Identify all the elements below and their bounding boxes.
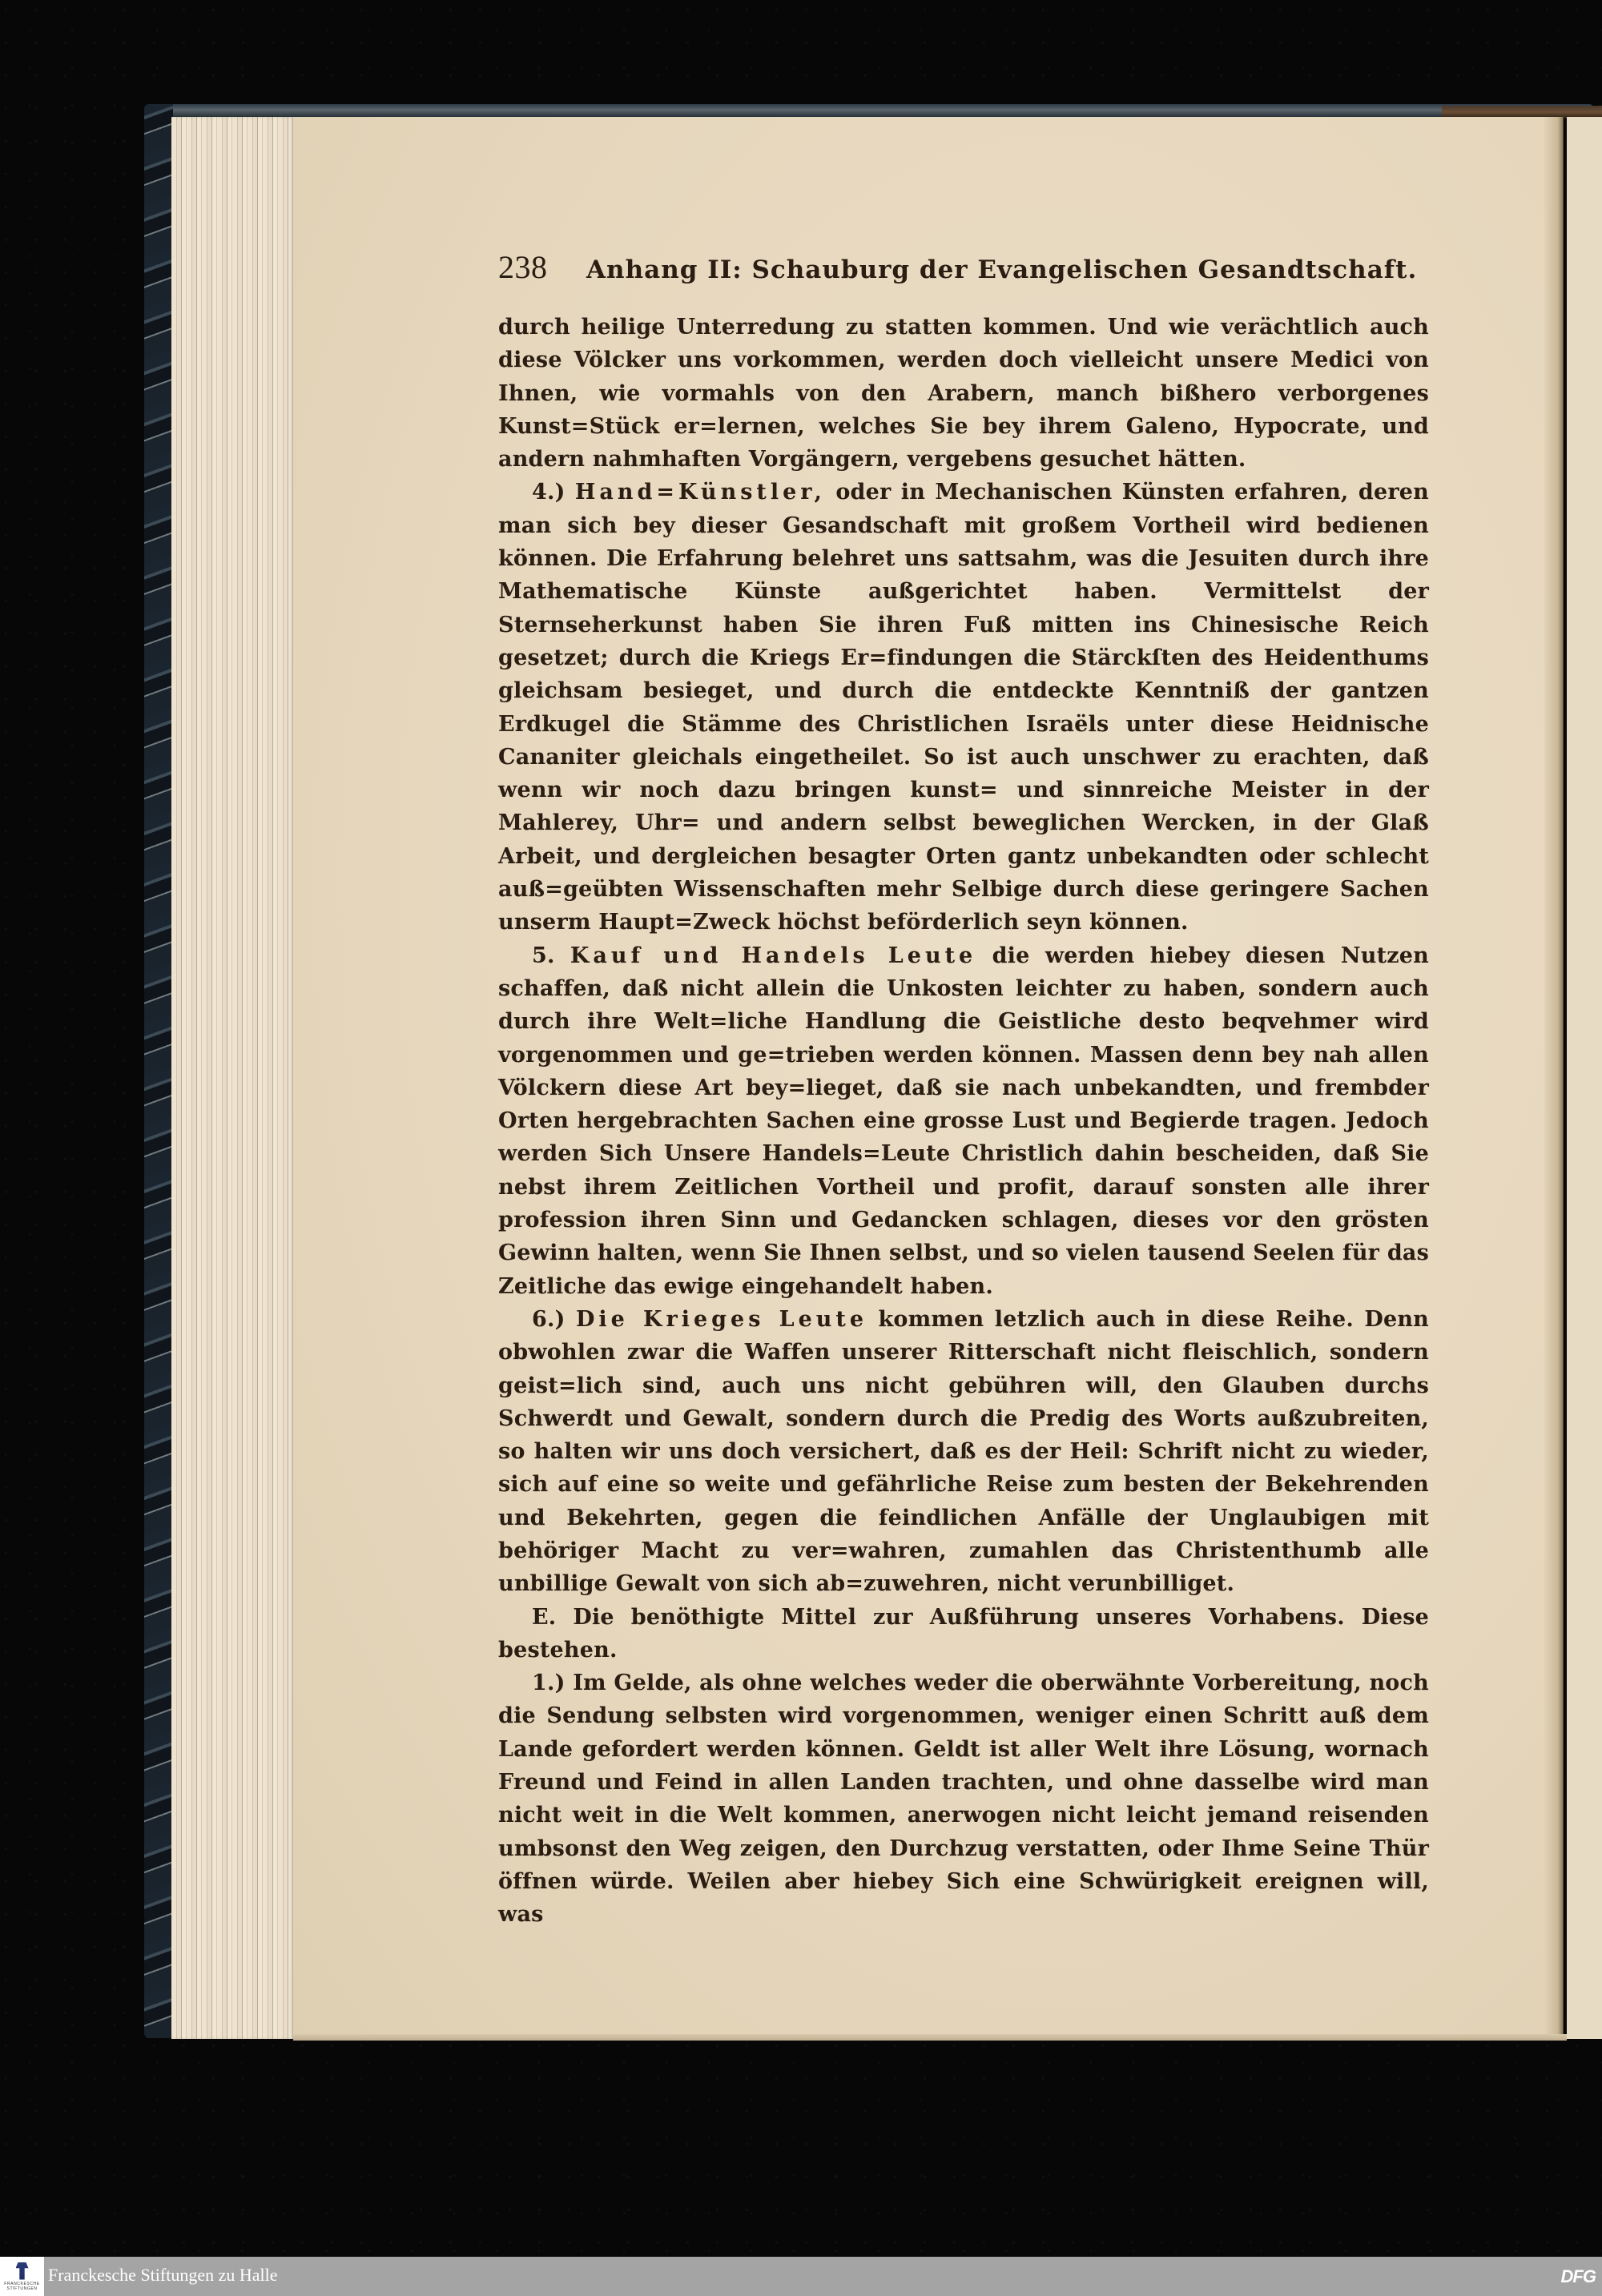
foundation-logo-icon	[16, 2262, 29, 2280]
paragraph-continuation: durch heilige Unterredung zu statten kom…	[498, 311, 1429, 476]
section-letter: E.	[532, 1605, 556, 1630]
paragraph-geld: 1.) Im Gelde, als ohne welches weder die…	[498, 1667, 1429, 1931]
book-cover-marbled-edge	[144, 104, 173, 2038]
footer-bar: FRANCKESCHE STIFTUNGEN Franckesche Stift…	[0, 2257, 1602, 2296]
paragraph-number: 6.)	[532, 1307, 566, 1332]
institution-logo: FRANCKESCHE STIFTUNGEN	[0, 2257, 44, 2296]
facing-page-edge	[1567, 117, 1602, 2039]
dfg-logo: DFG	[1561, 2266, 1596, 2287]
paragraph-text: kommen letzlich auch in diese Reihe. Den…	[498, 1307, 1429, 1596]
page-gutter	[1544, 117, 1564, 2039]
page-number: 238	[498, 248, 586, 286]
paragraph-number: 4.)	[532, 480, 566, 505]
running-head: 238 Anhang II: Schauburg der Evangelisch…	[498, 248, 1429, 288]
paragraph-keyword: Die Krieges Leute	[576, 1307, 867, 1332]
paragraph-text: oder in Mechanischen Künsten erfahren, d…	[498, 480, 1429, 935]
page-stack-edges	[171, 117, 293, 2039]
paragraph-number: 1.)	[532, 1671, 566, 1695]
running-head-title: Anhang II: Schauburg der Evangelischen G…	[586, 255, 1417, 284]
paragraph-text: Die benöthigte Mittel zur Außführung uns…	[498, 1605, 1429, 1663]
paragraph-text: durch heilige Unterredung zu statten kom…	[498, 315, 1429, 472]
paragraph-keyword: Kauf und Handels Leute	[570, 943, 976, 968]
page-text-block: 238 Anhang II: Schauburg der Evangelisch…	[498, 248, 1429, 1932]
paragraph-kriegesleute: 6.) Die Krieges Leute kommen letzlich au…	[498, 1303, 1429, 1601]
paragraph-handelsleute: 5. Kauf und Handels Leute die werden hie…	[498, 939, 1429, 1303]
page-bottom-edge	[293, 2034, 1567, 2041]
paragraph-hand-kuenstler: 4.) Hand=Künstler, oder in Mechanischen …	[498, 476, 1429, 939]
section-e-heading: E. Die benöthigte Mittel zur Außführung …	[498, 1601, 1429, 1667]
paragraph-keyword: Hand=Künstler,	[575, 480, 826, 505]
body-text: durch heilige Unterredung zu statten kom…	[498, 311, 1429, 1932]
paragraph-text: die werden hiebey diesen Nutzen schaffen…	[498, 943, 1429, 1299]
paragraph-text: Im Gelde, als ohne welches weder die obe…	[498, 1671, 1429, 1927]
institution-name: Franckesche Stiftungen zu Halle	[48, 2265, 278, 2286]
paragraph-number: 5.	[532, 943, 555, 968]
logo-text: FRANCKESCHE STIFTUNGEN	[0, 2282, 44, 2291]
